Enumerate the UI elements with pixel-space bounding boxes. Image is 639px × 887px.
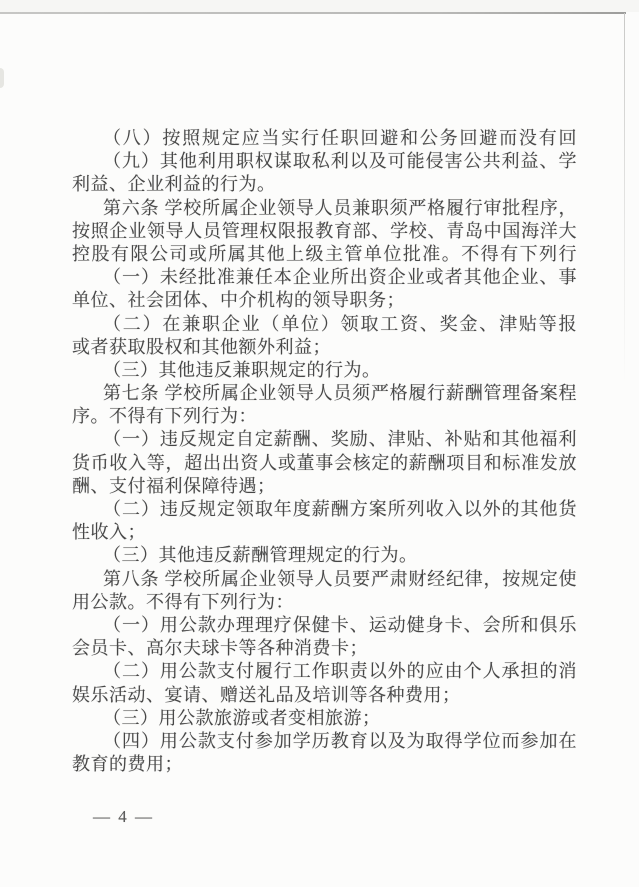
text-line: 货币收入等，超出出资人或董事会核定的薪酬项目和标准发放薪 xyxy=(72,452,577,475)
text-line: 按照企业领导人员管理权限报教育部、学校、青岛中国海洋大学 xyxy=(72,220,577,243)
text-line: （二）用公款支付履行工作职责以外的应由个人承担的消费 xyxy=(72,660,577,683)
text-line: 教育的费用； xyxy=(72,753,577,776)
document-body: （八）按照规定应当实行任职回避和公务回避而没有回避；（九）其他利用职权谋取私利以… xyxy=(72,127,577,776)
text-line: （一）用公款办理理疗保健卡、运动健身卡、会所和俱乐部 xyxy=(72,614,577,637)
text-line: 利益、企业利益的行为。 xyxy=(72,173,577,196)
text-line: 单位、社会团体、中介机构的领导职务； xyxy=(72,289,577,312)
text-line: （一）违反规定自定薪酬、奖励、津贴、补贴和其他福利性 xyxy=(72,428,577,451)
text-line: 娱乐活动、宴请、赠送礼品及培训等各种费用； xyxy=(72,684,577,707)
text-line: （九）其他利用职权谋取私利以及可能侵害公共利益、学校 xyxy=(72,150,577,173)
text-line: 酬、支付福利保障待遇； xyxy=(72,475,577,498)
page-number: — 4 — xyxy=(93,805,154,829)
text-line: 序。不得有下列行为： xyxy=(72,405,577,428)
text-line: 性收入； xyxy=(72,521,577,544)
text-line: 或者获取股权和其他额外利益； xyxy=(72,336,577,359)
text-line: （八）按照规定应当实行任职回避和公务回避而没有回避； xyxy=(72,127,577,150)
text-line: 用公款。不得有下列行为： xyxy=(72,591,577,614)
scan-artifact-right-edge xyxy=(624,13,625,383)
scan-artifact-top-edge xyxy=(0,12,626,14)
text-line: 第六条 学校所属企业领导人员兼职须严格履行审批程序， xyxy=(72,197,577,220)
text-line: （一）未经批准兼任本企业所出资企业或者其他企业、事业 xyxy=(72,266,577,289)
scan-artifact-left-mark xyxy=(0,68,4,88)
text-line: （三）用公款旅游或者变相旅游； xyxy=(72,707,577,730)
text-line: （二）违反规定领取年度薪酬方案所列收入以外的其他货币 xyxy=(72,498,577,521)
text-line: 第七条 学校所属企业领导人员须严格履行薪酬管理备案程 xyxy=(72,382,577,405)
text-line: 会员卡、高尔夫球卡等各种消费卡； xyxy=(72,637,577,660)
document-page: （八）按照规定应当实行任职回避和公务回避而没有回避；（九）其他利用职权谋取私利以… xyxy=(0,0,639,887)
text-line: 控股有限公司或所属其他上级主管单位批准。不得有下列行为： xyxy=(72,243,577,266)
scan-artifact-top-strip xyxy=(0,0,639,12)
text-line: （三）其他违反薪酬管理规定的行为。 xyxy=(72,544,577,567)
text-line: （三）其他违反兼职规定的行为。 xyxy=(72,359,577,382)
text-line: 第八条 学校所属企业领导人员要严肃财经纪律，按规定使 xyxy=(72,568,577,591)
text-line: （四）用公款支付参加学历教育以及为取得学位而参加在职 xyxy=(72,730,577,753)
text-line: （二）在兼职企业（单位）领取工资、奖金、津贴等报酬， xyxy=(72,313,577,336)
